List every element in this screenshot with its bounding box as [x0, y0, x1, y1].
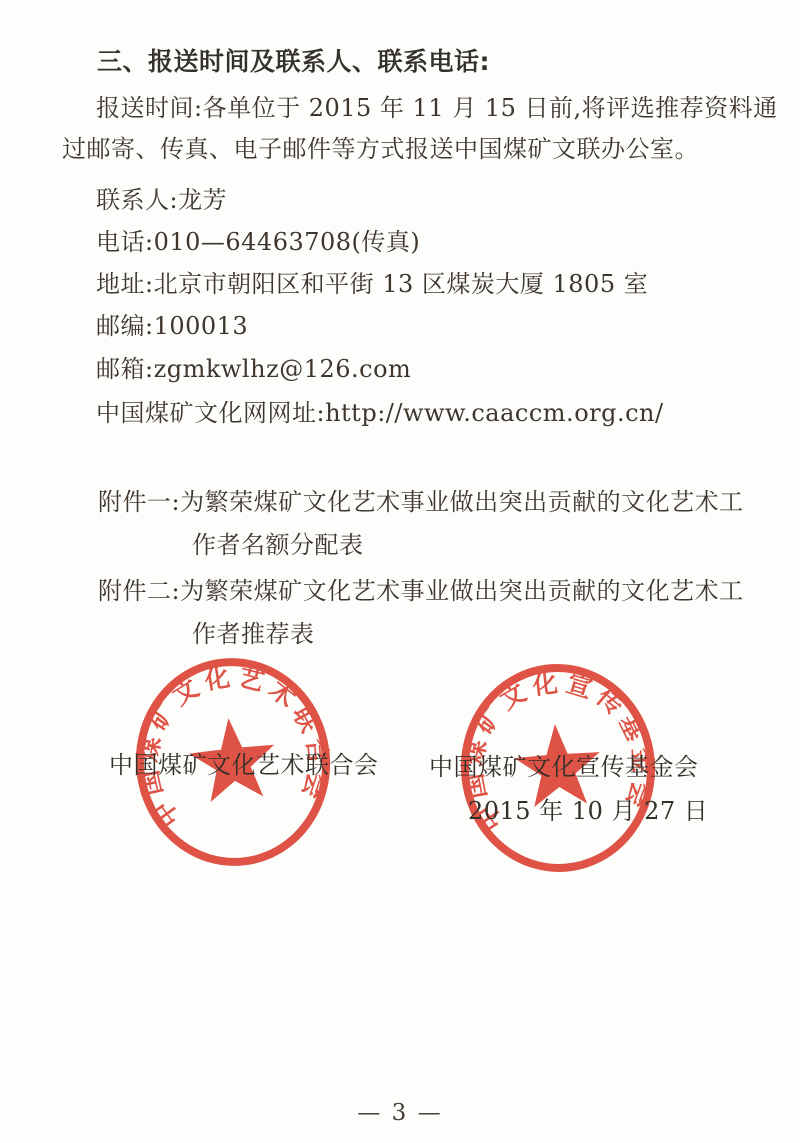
- attachment-2-line-2: 作者推荐表: [192, 619, 315, 649]
- attachment-1-line-1: 附件一:为繁荣煤矿文化艺术事业做出突出贡献的文化艺术工: [98, 487, 744, 517]
- scanned-document-page: 三、报送时间及联系人、联系电话: 报送时间:各单位于 2015 年 11 月 1…: [0, 0, 800, 1143]
- address-line: 地址:北京市朝阳区和平街 13 区煤炭大厦 1805 室: [96, 269, 648, 299]
- org-name-right: 中国煤矿文化宣传基金会: [429, 752, 699, 782]
- issue-date: 2015 年 10 月 27 日: [468, 796, 708, 826]
- attachment-2-line-1: 附件二:为繁荣煤矿文化艺术事业做出突出贡献的文化艺术工: [98, 576, 744, 606]
- contact-person-line: 联系人:龙芳: [96, 185, 227, 215]
- phone-line: 电话:010—64463708(传真): [96, 227, 420, 257]
- postcode-line: 邮编:100013: [96, 311, 248, 341]
- email-line: 邮箱:zgmkwlhz@126.com: [96, 354, 411, 384]
- section-heading: 三、报送时间及联系人、联系电话:: [97, 46, 490, 77]
- org-name-left: 中国煤矿文化艺术联合会: [109, 750, 379, 780]
- attachment-1-line-2: 作者名额分配表: [192, 530, 364, 560]
- paragraph-line-1: 报送时间:各单位于 2015 年 11 月 15 日前,将评选推荐资料通: [96, 93, 778, 123]
- paragraph-line-2: 过邮寄、传真、电子邮件等方式报送中国煤矿文联办公室。: [62, 134, 699, 164]
- website-line: 中国煤矿文化网网址:http://www.caaccm.org.cn/: [96, 398, 664, 428]
- page-number: — 3 —: [0, 1100, 800, 1126]
